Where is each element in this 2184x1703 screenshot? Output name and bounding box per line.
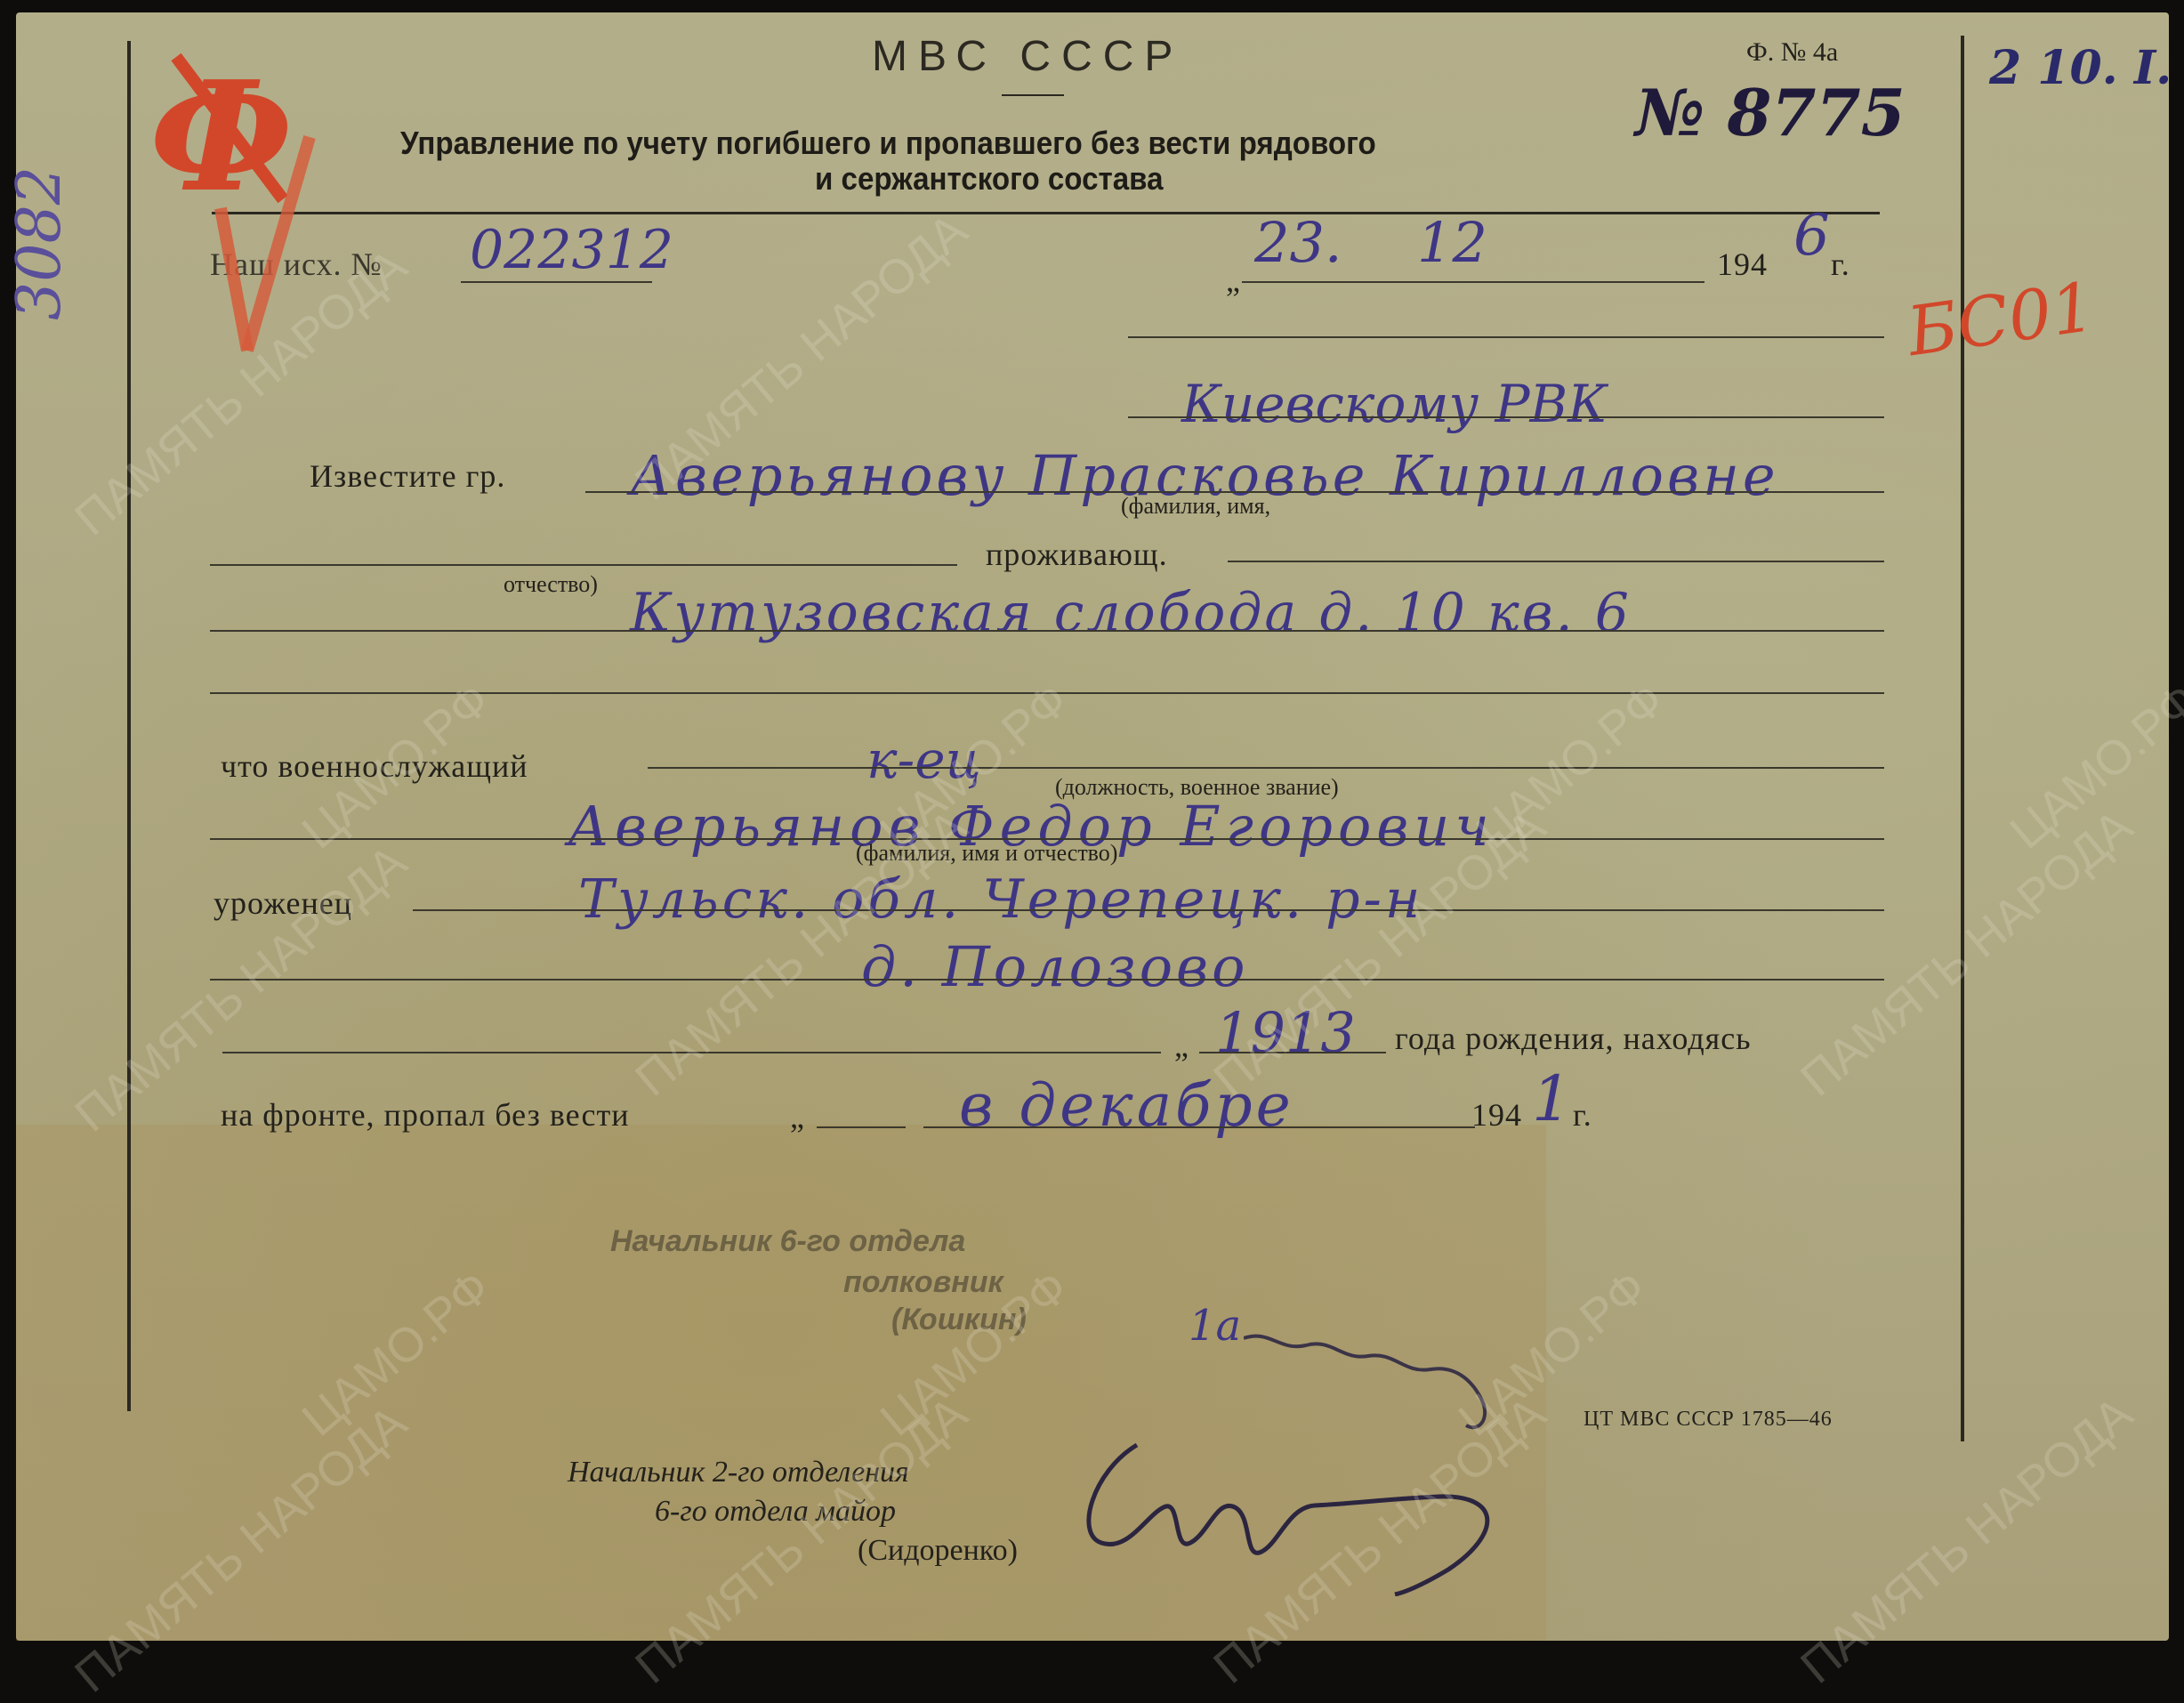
left-margin-line	[127, 41, 131, 1411]
printer-mark: ЦТ МВС СССР 1785—46	[1584, 1408, 1833, 1432]
date-rule	[1242, 281, 1704, 283]
red-code-annotation: БС01	[1903, 267, 2099, 371]
top-number-annotation: № 8775	[1635, 75, 1906, 150]
date-year-suffix: г.	[1831, 246, 1850, 283]
missing-year-prefix: 194	[1471, 1096, 1522, 1134]
notify-label: Известите гр.	[310, 457, 505, 495]
address-rule-2	[210, 692, 1884, 694]
missing-day-rule	[817, 1126, 906, 1128]
department-line-2: и сержантского состава	[815, 160, 1163, 198]
rank-rule	[648, 767, 1884, 769]
stamp-line-3: (Кошкин)	[891, 1303, 1027, 1337]
signer-line-2: 6-го отдела майор	[655, 1495, 896, 1529]
stamp-line-2: полковник	[843, 1265, 1003, 1300]
date-quote: „	[1226, 262, 1241, 299]
issuer-title: МВС СССР	[872, 32, 1183, 81]
right-margin-line	[1961, 36, 1964, 1441]
signature-sidorenko	[1039, 1436, 1537, 1596]
title-divider	[1002, 94, 1064, 96]
patronymic-rule	[210, 564, 957, 566]
header-rule	[212, 212, 1880, 214]
residing-rule	[1228, 561, 1884, 562]
red-check-mark-icon	[149, 48, 327, 466]
top-right-note: 2 10. I.	[1989, 41, 2172, 95]
recipient-city: Киевскому РВК	[1181, 374, 1608, 434]
birthplace-line-1: Тульск. обл. Черепецк. р-н	[578, 868, 1423, 931]
residing-label: проживающ.	[986, 536, 1168, 573]
birth-year: 1913	[1215, 1000, 1356, 1065]
date-month: 12	[1417, 210, 1487, 275]
date-year-digit: 6	[1793, 203, 1830, 269]
birth-year-rule	[1199, 1052, 1386, 1053]
birth-rule-left	[222, 1052, 1161, 1053]
address: Кутузовская слобода д. 10 кв. 6	[630, 582, 1632, 644]
date-year-prefix: 194	[1717, 246, 1768, 283]
outgoing-number-rule	[461, 281, 652, 283]
signer-line-3: (Сидоренко)	[858, 1534, 1018, 1568]
watermark: ПАМЯТЬ НАРОДА	[1793, 1389, 2140, 1653]
department-line-1: Управление по учету погибшего и пропавше…	[400, 125, 1376, 162]
missing-year-digit: 1	[1532, 1062, 1572, 1135]
watermark: ПАМЯТЬ НАРОДА	[1793, 802, 2140, 1105]
missing-date-rule	[923, 1126, 1475, 1128]
birthplace-line-2: д. Полозово	[861, 934, 1248, 999]
birth-quote: „	[1174, 1027, 1189, 1064]
recipient-city-rule-2	[1128, 416, 1884, 418]
watermark: ПАМЯТЬ НАРОДА	[67, 837, 415, 1141]
missing-quote: „	[790, 1098, 805, 1135]
document-paper: МВС СССР Ф. № 4а Управление по учету пог…	[16, 12, 2169, 1641]
recipient-city-rule	[1128, 336, 1884, 338]
countersign: 1а	[1189, 1301, 1241, 1351]
hint-name: (фамилия, имя,	[1121, 493, 1270, 520]
address-rule	[210, 630, 1884, 632]
hint-patronymic: отчество)	[504, 571, 598, 598]
missing-year-suffix: г.	[1573, 1096, 1592, 1134]
left-margin-note: 3082	[4, 166, 75, 320]
signer-line-1: Начальник 2-го отделения	[568, 1456, 909, 1489]
rank: к-ец	[866, 730, 981, 790]
stamp-line-1: Начальник 6-го отдела	[610, 1224, 965, 1259]
form-number: Ф. № 4а	[1746, 37, 1838, 68]
birthplace-rule-2	[210, 979, 1884, 981]
countersign-scrawl	[1244, 1320, 1528, 1445]
missing-date: в декабре	[959, 1071, 1294, 1140]
birthplace-rule	[413, 909, 1884, 911]
birth-year-text: года рождения, находясь	[1395, 1020, 1752, 1057]
hint-fullname: (фамилия, имя и отчество)	[856, 840, 1117, 867]
watermark: ЦАМО.РФ	[2002, 675, 2184, 858]
serviceman-label: что военнослужащий	[221, 747, 528, 785]
watermark: ЦАМО.РФ	[1468, 675, 1672, 858]
missing-label: на фронте, пропал без вести	[221, 1096, 629, 1134]
date-day: 23.	[1254, 210, 1342, 275]
outgoing-number: 022312	[470, 219, 673, 281]
native-label: уроженец	[214, 884, 352, 922]
